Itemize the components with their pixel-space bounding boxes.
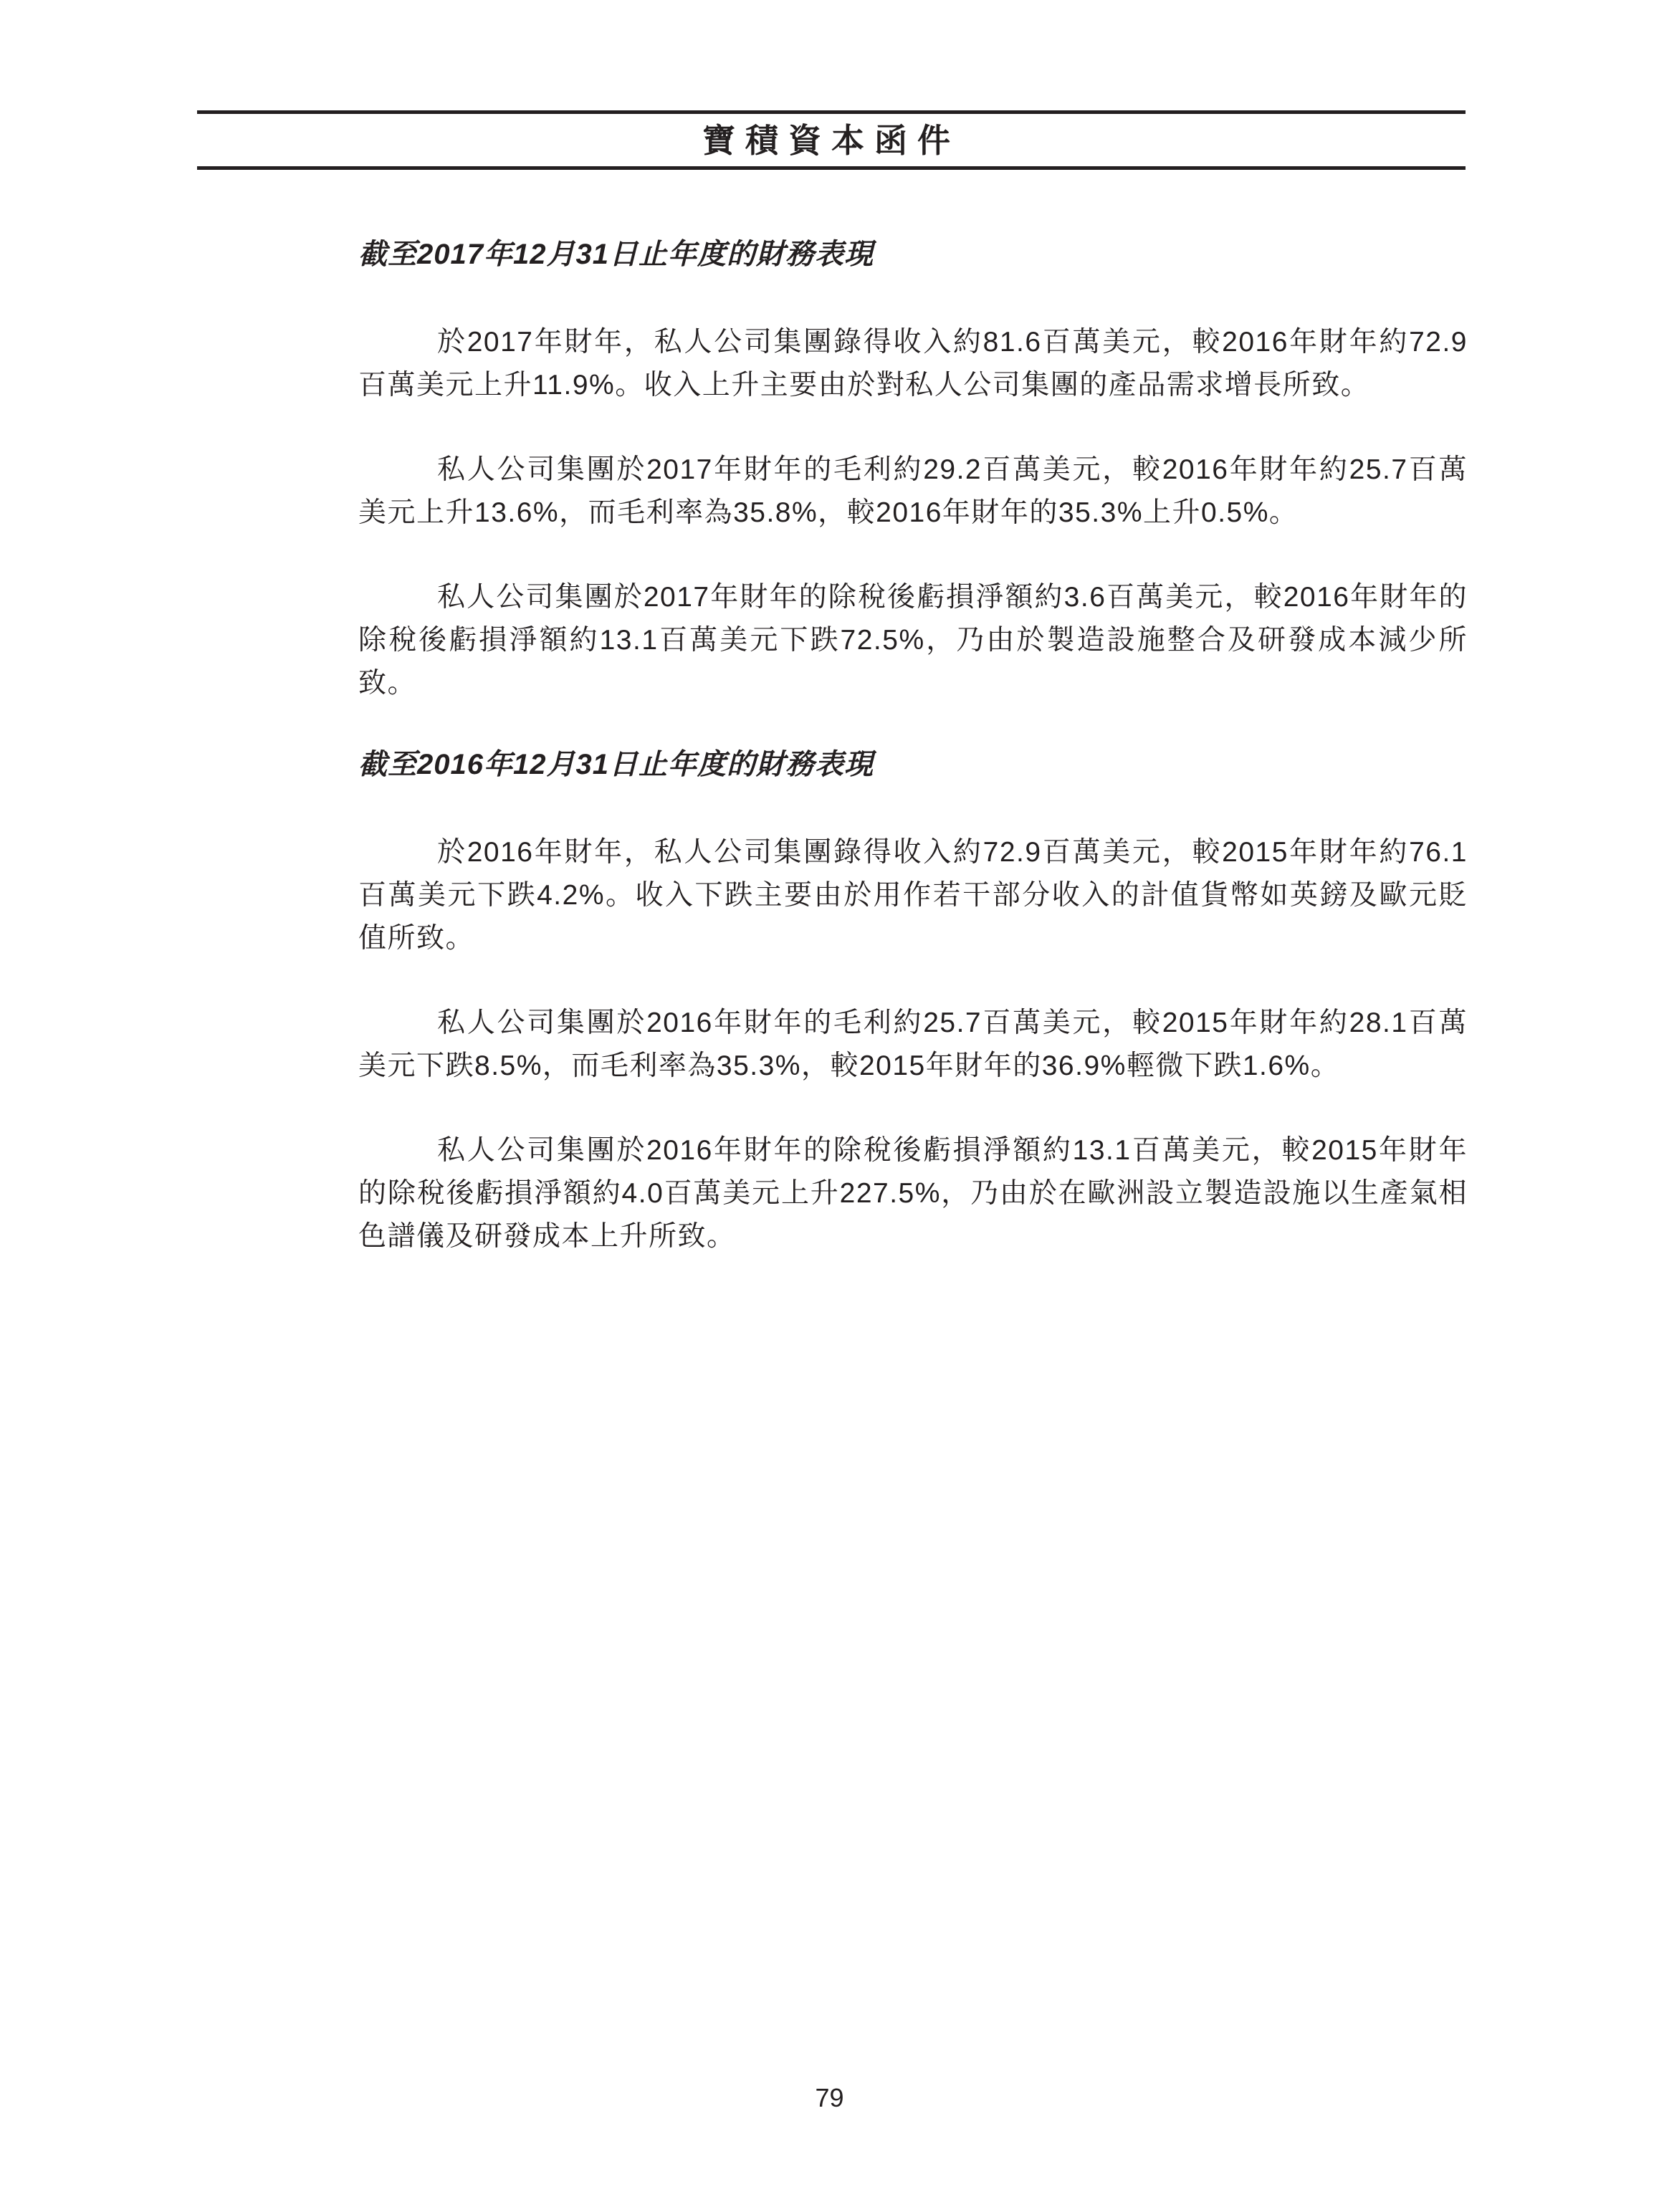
paragraph-net-loss: 私人公司集團於2017年財年的除稅後虧損淨額約3.6百萬美元，較2016年財年的…	[358, 576, 1468, 705]
paragraph-revenue: 於2017年財年，私人公司集團錄得收入約81.6百萬美元，較2016年財年約72…	[358, 321, 1468, 407]
paragraph-revenue: 於2016年財年，私人公司集團錄得收入約72.9百萬美元，較2015年財年約76…	[358, 831, 1468, 960]
page-number: 79	[0, 2084, 1659, 2112]
paragraph-gross-profit: 私人公司集團於2017年財年的毛利約29.2百萬美元，較2016年財年約25.7…	[358, 449, 1468, 535]
section-fy2017: 截至2017年12月31日止年度的財務表現 於2017年財年，私人公司集團錄得收…	[358, 236, 1468, 705]
paragraph-gross-profit: 私人公司集團於2016年財年的毛利約25.7百萬美元，較2015年財年約28.1…	[358, 1002, 1468, 1088]
running-title: 寶積資本函件	[197, 120, 1466, 161]
header-rule-bottom	[197, 166, 1466, 170]
document-body: 截至2017年12月31日止年度的財務表現 於2017年財年，私人公司集團錄得收…	[358, 236, 1468, 1300]
header-rule-top	[197, 110, 1466, 114]
paragraph-net-loss: 私人公司集團於2016年財年的除稅後虧損淨額約13.1百萬美元，較2015年財年…	[358, 1129, 1468, 1258]
section-heading: 截至2017年12月31日止年度的財務表現	[358, 236, 1468, 272]
section-heading: 截至2016年12月31日止年度的財務表現	[358, 747, 1468, 782]
section-fy2016: 截至2016年12月31日止年度的財務表現 於2016年財年，私人公司集團錄得收…	[358, 747, 1468, 1258]
